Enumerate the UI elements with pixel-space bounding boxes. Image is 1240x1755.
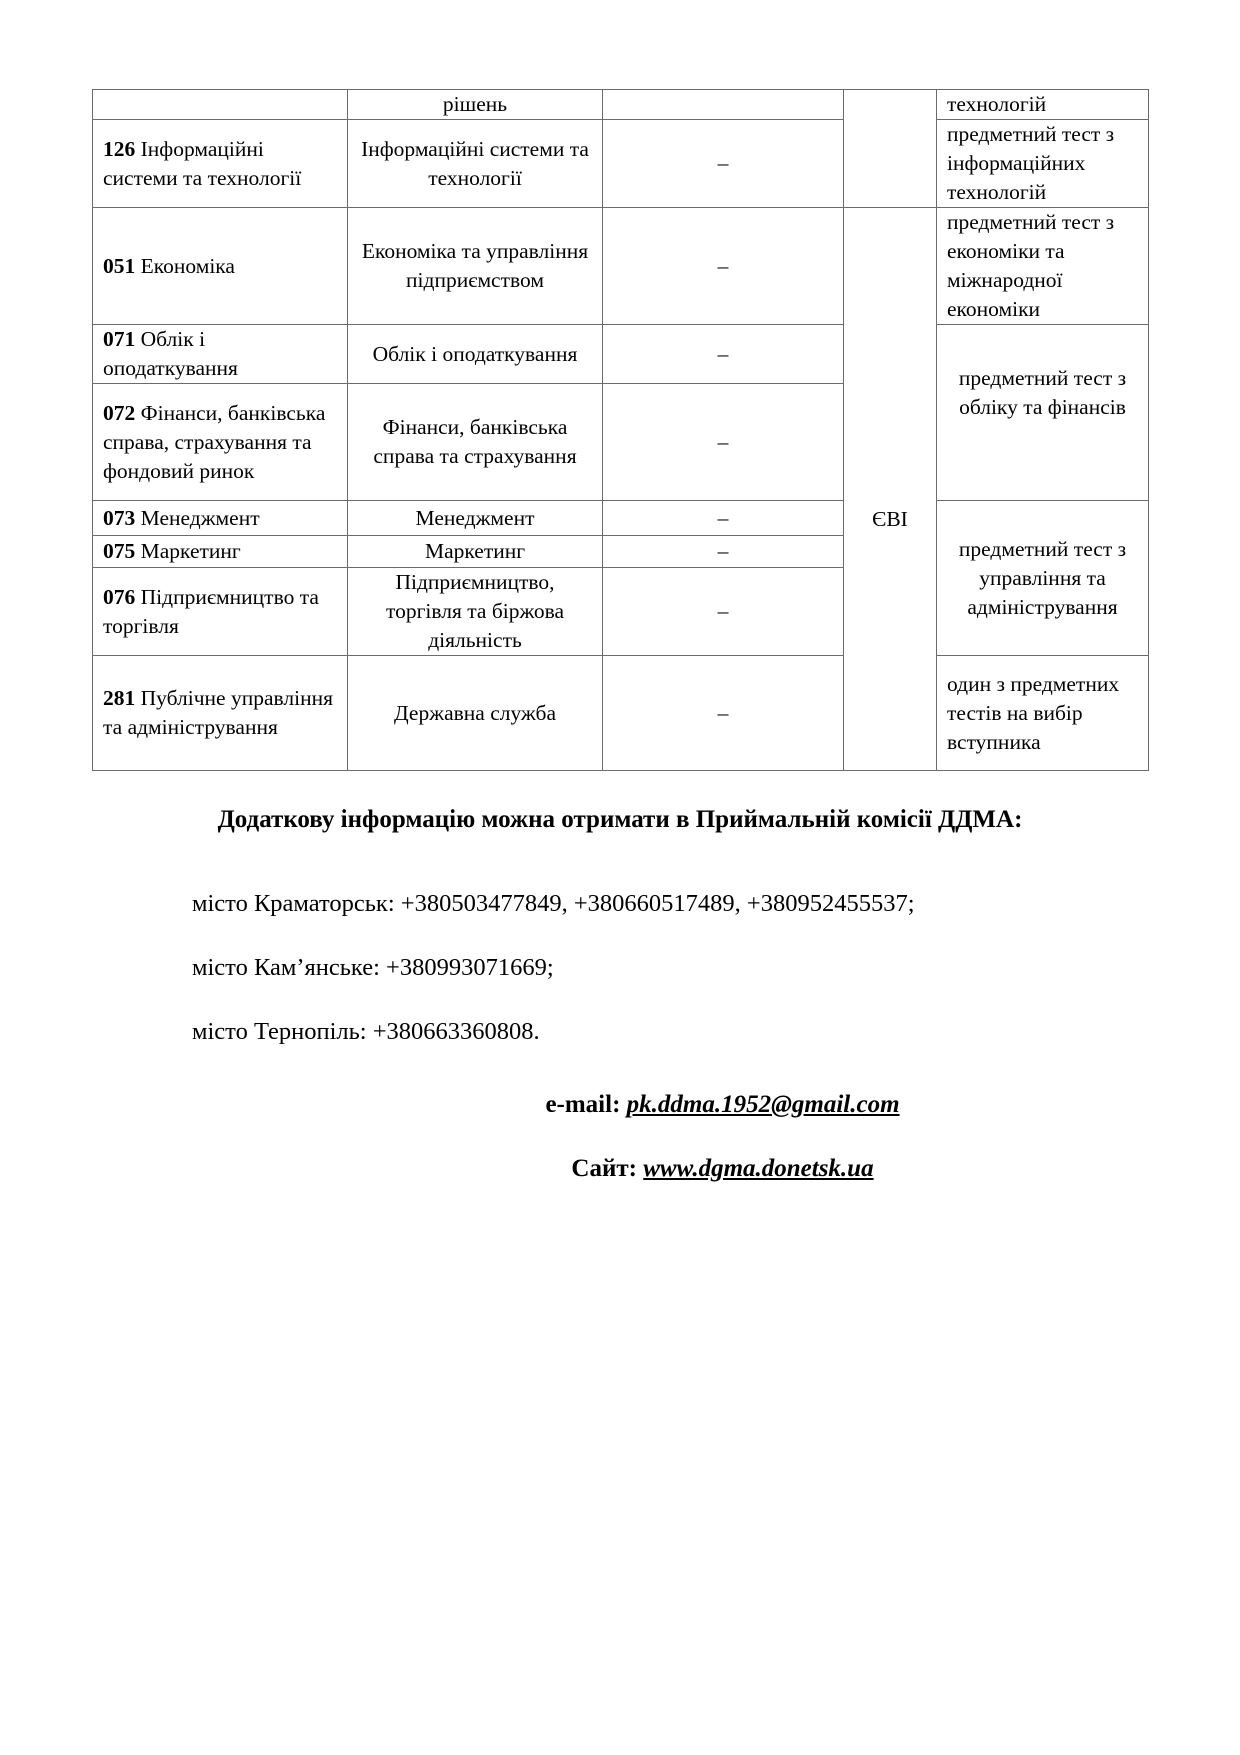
site-link[interactable]: www.dgma.donetsk.ua: [643, 1155, 873, 1182]
contact-ternopil: місто Тернопіль: +380663360808.: [192, 1018, 915, 1082]
contact-list: місто Краматорськ: +380503477849, +38066…: [192, 890, 915, 1082]
specialty-cell: 073 Менеджмент: [93, 501, 348, 536]
program-cell: Підприємництво, торгівля та біржова діял…: [348, 568, 603, 656]
specialty-name: Економіка: [141, 254, 235, 278]
program-cell: Державна служба: [348, 656, 603, 771]
program-cell: Фінанси, банківська справа та страхуванн…: [348, 384, 603, 501]
requirement-cell: –: [603, 120, 844, 208]
specialty-code: 071: [103, 327, 135, 351]
specialty-code: 281: [103, 686, 135, 710]
specialty-code: 075: [103, 539, 135, 563]
specialty-cell: 051 Економіка: [93, 208, 348, 325]
requirement-cell: –: [603, 325, 844, 384]
specialty-cell: 071 Облік і оподаткування: [93, 325, 348, 384]
specialty-code: 051: [103, 254, 135, 278]
site-label: Сайт:: [571, 1155, 637, 1182]
admission-table: рішень технологій 126 Інформаційні систе…: [92, 89, 1149, 771]
requirement-cell: –: [603, 501, 844, 536]
exam-cell: предметний тест з економіки та міжнародн…: [937, 208, 1149, 325]
specialty-cell: 072 Фінанси, банківська справа, страхува…: [93, 384, 348, 501]
requirement-cell: [603, 90, 844, 120]
program-cell: Економіка та управління підприємством: [348, 208, 603, 325]
exam-cell: предметний тест з управління та адмініст…: [937, 501, 1149, 656]
specialty-cell: 281 Публічне управління та адмініструван…: [93, 656, 348, 771]
contact-kramatorsk: місто Краматорськ: +380503477849, +38066…: [192, 890, 915, 954]
specialty-code: 073: [103, 506, 135, 530]
specialty-name: Підприємництво та торгівля: [103, 585, 319, 638]
table-row: 051 Економіка Економіка та управління пі…: [93, 208, 1149, 325]
table-row: 071 Облік і оподаткування Облік і оподат…: [93, 325, 1149, 384]
table-row: 281 Публічне управління та адмініструван…: [93, 656, 1149, 771]
exam-cell: предметний тест з обліку та фінансів: [937, 325, 1149, 501]
exam-cell: технологій: [937, 90, 1149, 120]
specialty-cell: 076 Підприємництво та торгівля: [93, 568, 348, 656]
program-cell: Менеджмент: [348, 501, 603, 536]
specialty-name: Маркетинг: [141, 539, 241, 563]
exam-cell: предметний тест з інформаційних технолог…: [937, 120, 1149, 208]
table-row: 126 Інформаційні системи та технології І…: [93, 120, 1149, 208]
specialty-name: Публічне управління та адміністрування: [103, 686, 333, 739]
site-line: Сайт: www.dgma.donetsk.ua: [0, 1155, 1240, 1183]
program-cell: Інформаційні системи та технології: [348, 120, 603, 208]
specialty-cell: [93, 90, 348, 120]
email-label: e-mail:: [545, 1091, 620, 1118]
format-cell: [844, 90, 937, 208]
requirement-cell: –: [603, 208, 844, 325]
format-cell: ЄВІ: [844, 208, 937, 771]
table-row: 073 Менеджмент Менеджмент – предметний т…: [93, 501, 1149, 536]
program-cell: рішень: [348, 90, 603, 120]
specialty-cell: 075 Маркетинг: [93, 536, 348, 568]
exam-cell: один з предметних тестів на вибір вступн…: [937, 656, 1149, 771]
contact-kamianske: місто Кам’янське: +380993071669;: [192, 954, 915, 1018]
specialty-name: Фінанси, банківська справа, страхування …: [103, 401, 325, 483]
requirement-cell: –: [603, 656, 844, 771]
email-link[interactable]: pk.ddma.1952@gmail.com: [627, 1091, 900, 1118]
specialty-code: 126: [103, 137, 135, 161]
program-cell: Маркетинг: [348, 536, 603, 568]
info-heading: Додаткову інформацію можна отримати в Пр…: [0, 806, 1240, 834]
requirement-cell: –: [603, 568, 844, 656]
program-cell: Облік і оподаткування: [348, 325, 603, 384]
specialty-cell: 126 Інформаційні системи та технології: [93, 120, 348, 208]
email-line: e-mail: pk.ddma.1952@gmail.com: [0, 1091, 1240, 1119]
requirement-cell: –: [603, 536, 844, 568]
table-row: рішень технологій: [93, 90, 1149, 120]
requirement-cell: –: [603, 384, 844, 501]
specialty-code: 072: [103, 401, 135, 425]
specialty-name: Менеджмент: [141, 506, 260, 530]
specialty-code: 076: [103, 585, 135, 609]
